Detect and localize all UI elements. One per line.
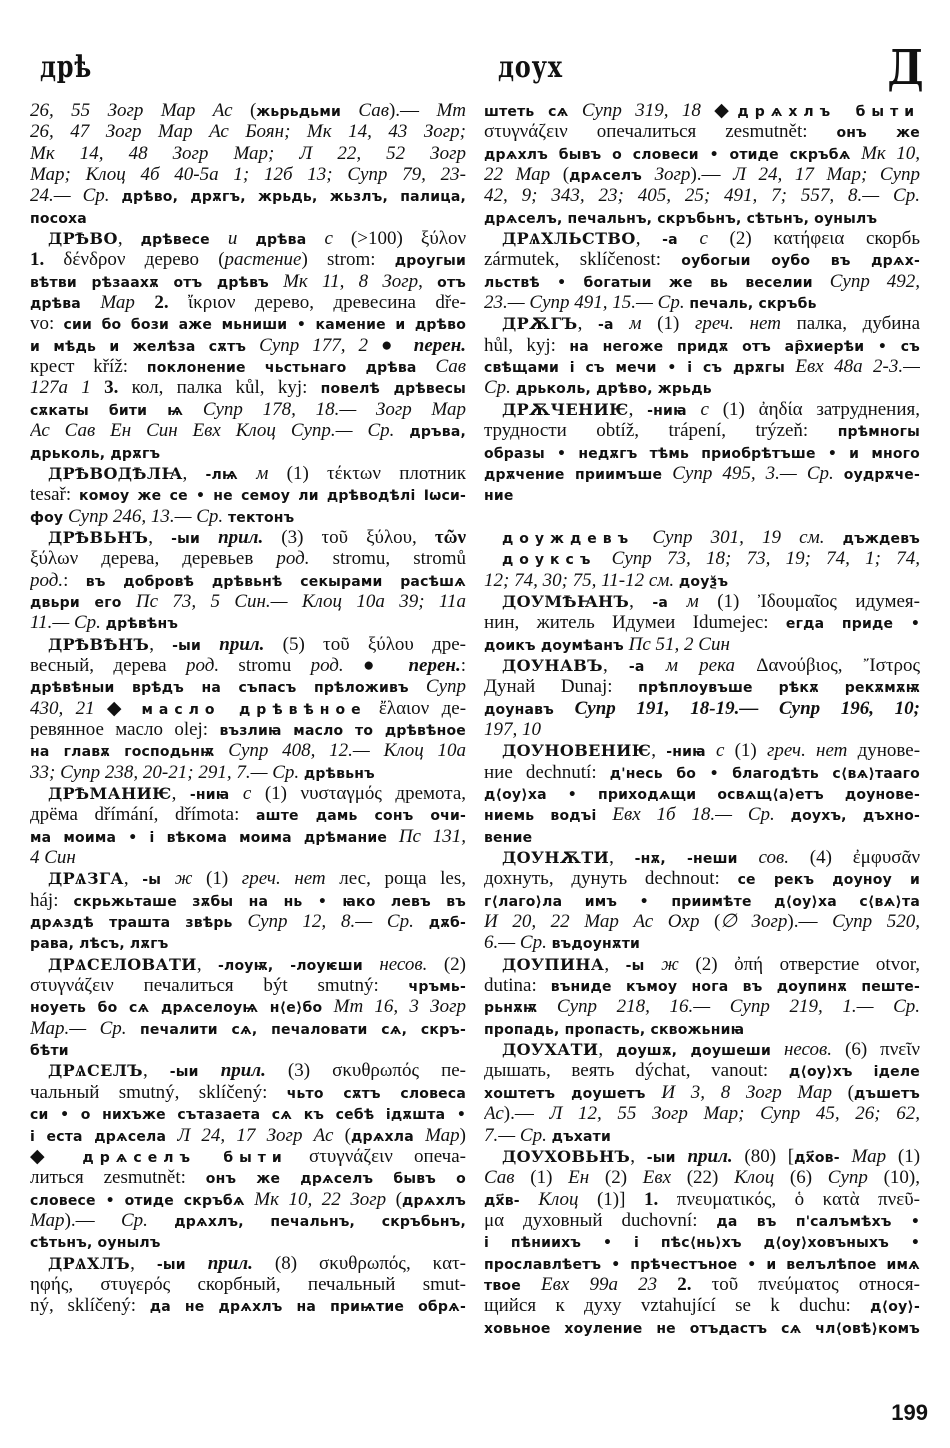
text-line: ДОУПИНА, -ы ж (2) ὀπή отверстие otvor, — [484, 954, 920, 975]
citation-or-label: Мар — [425, 1125, 460, 1146]
text-line: ние — [484, 484, 920, 505]
church-slavonic-text: възлиꙗ масло то дрѣвѣное — [219, 723, 466, 739]
citation-or-label: Супр 73, 18; 73, 19; 74, 1; 74, — [612, 548, 920, 569]
church-slavonic-text: доушѫ, доушеши — [616, 1043, 771, 1059]
entry-headword: ДРѢВѢНЪ — [48, 635, 149, 654]
text-line: д⟨оу⟩ха • приходѧщи освѧщ⟨а⟩етъ доунове- — [484, 783, 920, 804]
citation-or-label: м река — [666, 655, 735, 676]
citation-or-label: род. — [311, 655, 344, 676]
text-line: ДОУНОВЕНИѤ, -ниꙗ с (1) греч. нет дунове- — [484, 740, 920, 761]
citation-or-label: Мар — [100, 292, 135, 313]
text-line: 24.— Ср. дрѣво, дрѫгъ, жрьдь, жьзлъ, пал… — [30, 185, 466, 206]
text-line: 23.— Супр 491, 15.— Ср. печаль, скръбь — [484, 292, 920, 313]
church-slavonic-text: дрѣвесе — [141, 232, 210, 248]
church-slavonic-text: -а — [652, 595, 668, 611]
text-line: двьри его Пс 73, 5 Син.— Клоц 10а 39; 11… — [30, 591, 466, 612]
text-line: доикъ доумѣанъ Пс 51, 2 Син — [484, 634, 920, 655]
citation-or-label: Мт 16, 3 Зогр — [334, 996, 466, 1017]
citation-or-label: Ас Сав Ен Син Евх Клоц Супр.— Ср. — [30, 420, 394, 441]
text-line: рьнѫѭ Супр 218, 16.— Супр 219, 1.— Ср. — [484, 996, 920, 1017]
text-line: Ср. дрьколь, дрѣво, жрьдь — [484, 377, 920, 398]
church-slavonic-text: онъ же дрѧселъ бывъ о — [206, 1171, 466, 1187]
text-line: нин, житель Идумеи Idumejec: егда приде … — [484, 612, 920, 633]
left-column: 26, 55 Зогр Мар Ас (жьрьдьми Сав).— Мт26… — [30, 100, 466, 1317]
text-line: 33; Супр 238, 20-21; 291, 7.— Ср. дрѣвьн… — [30, 762, 466, 783]
text-line: ДРѪЧЕНИѤ, -ниꙗ с (1) ἀηδία затруднения, — [484, 399, 920, 420]
church-slavonic-text: дх҃в- — [484, 1193, 520, 1209]
entry-headword: ДОУНОВЕНИѤ — [502, 741, 651, 760]
church-slavonic-text: образы • недѫгъ тѣмь приобрѣтъше • и мно… — [484, 446, 920, 462]
page-number: 199 — [891, 1400, 928, 1426]
text-line: ДРѢВОДѢЛꙖ, -лѩ м (1) τέκτων плотник — [30, 463, 466, 484]
text-line: словесе • отиде скръбѧ Мк 10, 22 Зогр (д… — [30, 1189, 466, 1210]
church-slavonic-text: печаль, скръбь — [689, 296, 816, 312]
citation-or-label: сов. — [758, 847, 788, 868]
text-line: доунавъ Супр 191, 18-19.— Супр 196, 10; — [484, 698, 920, 719]
church-slavonic-text: на негоже придѫ отъ ар҄хиерѣи • съ — [569, 339, 920, 355]
church-slavonic-text: -лоуѭ, -лоуѥши — [218, 958, 363, 974]
church-slavonic-text: дрѣвѣныи врѣдъ на съпасъ прѣложивъ — [30, 680, 409, 696]
inline-text: 2. — [154, 292, 168, 313]
church-slavonic-text: бѣти — [30, 1043, 69, 1059]
church-slavonic-text: дх҃ов- — [794, 1150, 840, 1166]
entry-headword: ДРѢВЬНЪ — [48, 528, 148, 547]
citation-or-label: с — [700, 399, 708, 420]
text-line: прославлѣетъ • прѣчестъное • и велълѣпое… — [484, 1253, 920, 1274]
citation-or-label: Супр 319, 18 — [582, 100, 701, 121]
church-slavonic-text: -а — [662, 232, 678, 248]
church-slavonic-text: егда приде • — [786, 616, 920, 632]
text-line: ДОУХОВЬНЪ, -ыи прил. (80) [дх҃ов- Мар (1… — [484, 1146, 920, 1167]
citation-or-label: ∅ Зогр — [720, 911, 787, 932]
church-slavonic-text: дрѣва — [30, 296, 81, 312]
text-line: ДРѦХЛЪ, -ыи прил. (8) σκυθρωπός, κατ- — [30, 1253, 466, 1274]
text-line: дрѫчение приимъше Супр 495, 3.— Ср. оудр… — [484, 463, 920, 484]
entry-headword: ДРѪЧЕНИѤ — [502, 400, 629, 419]
text-line: Ас).— Л 12, 55 Зогр Мар; Супр 45, 26; 62… — [484, 1103, 920, 1124]
citation-or-label: ж — [175, 868, 193, 889]
church-slavonic-text: -ыи — [170, 1064, 199, 1080]
citation-or-label: м — [687, 591, 699, 612]
church-slavonic-text: твое — [484, 1278, 521, 1294]
church-slavonic-text: дрѧселъ быти — [82, 1150, 287, 1166]
church-slavonic-text: тектонъ — [228, 510, 294, 526]
citation-or-label: Л 24, 17 Зогр Ас — [177, 1125, 333, 1146]
entry-headword: ДОУХОВЬНЪ — [502, 1147, 630, 1166]
text-line: і пѣниихъ • і пѣс⟨нь⟩хъ д⟨оу⟩ховъныхъ • — [484, 1231, 920, 1252]
citation-or-label: греч. нет — [242, 868, 326, 889]
text-line: 11.— Ср. дрѣвѣнъ — [30, 612, 466, 633]
citation-or-label: 127а 1 — [30, 377, 91, 398]
citation-or-label: Супр — [828, 1167, 868, 1188]
text-line — [484, 506, 920, 527]
church-slavonic-text: жьрьдьми — [256, 104, 341, 120]
text-line: ДРѢВЬНЪ, -ыи прил. (3) τοῦ ξύλου, τῶν — [30, 527, 466, 548]
text-line: ДРѢМАНИѤ, -ниꙗ с (1) νυσταγμός дремота, — [30, 783, 466, 804]
text-line: vo: сии бо бози аже мьниши • камение и д… — [30, 313, 466, 334]
church-slavonic-text: доуксъ — [502, 552, 596, 568]
text-line: свѣщами і съ мечи • і съ дрѫгы Евх 48а 2… — [484, 356, 920, 377]
church-slavonic-text: и мѣдь и желѣза сѫтъ — [30, 339, 246, 355]
citation-or-label: Евх 1б 18.— Ср. — [612, 804, 774, 825]
citation-or-label: 6.— Ср. — [484, 932, 547, 953]
text-line: чальный smutný, sklíčený: чьто сѫтъ слов… — [30, 1082, 466, 1103]
citation-or-label: 7.— Ср. — [484, 1125, 547, 1146]
text-line: Мар.— Ср. печалити сѧ, печаловати сѧ, ск… — [30, 1018, 466, 1039]
citation-or-label: Евх 99а 23 — [541, 1274, 657, 1295]
church-slavonic-text: чръмь- — [409, 979, 466, 995]
section-letter: Д — [888, 40, 924, 96]
citation-or-label: 42, 9; 343, 23; 405, 25; 491, 7; 557, 8.… — [484, 185, 920, 206]
text-line: 197, 10 — [484, 719, 920, 740]
church-slavonic-text: дъшетъ — [854, 1086, 920, 1102]
church-slavonic-text: -лѩ — [206, 467, 238, 483]
citation-or-label: Мк 11, 8 Зогр — [283, 271, 418, 292]
church-slavonic-text: доухъ, дъхно- — [791, 808, 920, 824]
citation-or-label: греч. нет — [695, 313, 781, 334]
church-slavonic-text: -а — [629, 659, 645, 675]
church-slavonic-text: прѣплоувъше рѣкѫ рекѫмѫѭ — [638, 680, 920, 696]
church-slavonic-text: дрѣвѣнъ — [106, 616, 178, 632]
entry-headword: ДРѦХЛЬСТВО — [502, 229, 636, 248]
citation-or-label: 12; 74, 30; 75, 11-12 см. — [484, 570, 674, 591]
citation-or-label: Сав — [484, 1167, 515, 1188]
entry-headword: ДОУХАТИ — [502, 1040, 598, 1059]
text-line: 42, 9; 343, 23; 405, 25; 491, 7; 557, 8.… — [484, 185, 920, 206]
text-line: hůl, kyj: на негоже придѫ отъ ар҄хиерѣи … — [484, 335, 920, 356]
text-line: твое Евх 99а 23 2. τοῦ πνεύματος относя- — [484, 1274, 920, 1295]
citation-or-label: Ср. — [484, 377, 511, 398]
text-line: 22 Мар (дрѧселъ Зогр).— Л 24, 17 Мар; Су… — [484, 164, 920, 185]
church-slavonic-text: -нѫ, -неши — [635, 851, 738, 867]
church-slavonic-text: дрѣва — [255, 232, 306, 248]
citation-or-label: Супр 218, 16.— Супр 219, 1.— Ср. — [557, 996, 920, 1017]
text-line: крест kříž: поклонение чьстьнаго дрѣва С… — [30, 356, 466, 377]
church-slavonic-text: -ыи — [157, 1257, 186, 1273]
church-slavonic-text: дрѣвьнъ — [304, 766, 375, 782]
text-line: на главѫ господьнѭ Супр 408, 12.— Клоц 1… — [30, 740, 466, 761]
text-line: 7.— Ср. дъхати — [484, 1125, 920, 1146]
church-slavonic-text: г⟨лаго⟩ла имъ • приимѣте д⟨оу⟩ха с⟨вѧ⟩та — [484, 894, 920, 910]
text-line: ние dechnutí: д'несь бо • благодѣть с⟨вѧ… — [484, 762, 920, 783]
citation-or-label: Пс 51, 2 Син — [629, 634, 730, 655]
church-slavonic-text: сѫкаты бити ѩ — [30, 403, 183, 419]
citation-or-label: род. — [186, 655, 219, 676]
citation-or-label: Мк 14, 48 Зогр Мар; Л 22, 52 Зогр — [30, 143, 466, 164]
church-slavonic-text: дроугыи — [395, 253, 466, 269]
text-line: ма моима • і вѣкома моима дрѣмание Пс 13… — [30, 826, 466, 847]
text-line: дх҃в- Клоц (1)] 1. πνευματικός, ὁ κατὰ π… — [484, 1189, 920, 1210]
text-line: дрёма dřímání, dřímota: аште дамь сонъ о… — [30, 804, 466, 825]
citation-or-label: И 3, 8 Зогр Мар — [661, 1082, 832, 1103]
text-line: 26, 47 Зогр Мар Ас Боян; Мк 14, 43 Зогр; — [30, 121, 466, 142]
church-slavonic-text: дрѧселъ — [569, 168, 642, 184]
church-slavonic-text: фоу — [30, 510, 63, 526]
citation-or-label: Супр 520, — [832, 911, 920, 932]
text-line: ниемь водъі Евх 1б 18.— Ср. доухъ, дъхно… — [484, 804, 920, 825]
church-slavonic-text: д'несь бо • благодѣть с⟨вѧ⟩тааго — [610, 766, 920, 782]
church-slavonic-text: ниемь водъі — [484, 808, 597, 824]
text-line: 430, 21 ◆ масло дрѣвѣное ἔλαιον де- — [30, 698, 466, 719]
entry-headword: ДРѢВОДѢЛꙖ — [48, 464, 182, 483]
text-line: Дунай Dunaj: прѣплоувъше рѣкѫ рекѫмѫѭ — [484, 676, 920, 697]
citation-or-label: с — [699, 228, 707, 249]
text-line: dutina: въниде къмоу нога въ доупинѫ пеш… — [484, 975, 920, 996]
citation-or-label: с — [716, 740, 724, 761]
text-line: род.: въ добровѣ дрѣвьнѣ секырами расѣшѧ — [30, 570, 466, 591]
citation-or-label: 23.— Супр 491, 15.— Ср. — [484, 292, 685, 313]
text-line: 6.— Ср. въдоунѫти — [484, 932, 920, 953]
text-line: сѣтьнъ, оунылъ — [30, 1231, 466, 1252]
church-slavonic-text: дрьколь, дрѫгъ — [30, 446, 160, 462]
citation-or-label: Супр — [426, 676, 466, 697]
running-head: дрѣ доух Д — [0, 44, 950, 94]
text-line: 127а 1 3. кол, палка kůl, kyj: повелѣ др… — [30, 377, 466, 398]
text-line: ДРѦЗГА, -ы ж (1) греч. нет лес, роща les… — [30, 868, 466, 889]
running-head-center: доух — [498, 50, 563, 85]
inline-text: 1. — [644, 1189, 658, 1210]
church-slavonic-text: онъ же — [836, 125, 920, 141]
church-slavonic-text: льствѣ • богатыи же вь веселии — [484, 275, 813, 291]
church-slavonic-text: масло дрѣвѣное — [141, 702, 366, 718]
citation-or-label: Мар; Клоц 4б 40-5а 1; 12б 13; Супр 79, 2… — [30, 164, 466, 185]
church-slavonic-text: рьнѫѭ — [484, 1000, 537, 1016]
text-line: στυγνάζειν печалиться být smutný: чръмь- — [30, 975, 466, 996]
church-slavonic-text: -ниꙗ — [190, 787, 230, 803]
citation-or-label: 11.— Ср. — [30, 612, 101, 633]
citation-or-label: Супр 178, 18.— Зогр Мар — [203, 399, 466, 420]
church-slavonic-text: ноуеть бо сѧ дрѧселоуѩ н⟨е⟩бо — [30, 1000, 322, 1016]
inline-text: τῶν — [435, 527, 466, 548]
citation-or-label: Мк 10, — [861, 143, 920, 164]
text-line: 26, 55 Зогр Мар Ас (жьрьдьми Сав).— Мт — [30, 100, 466, 121]
citation-or-label: 24.— Ср. — [30, 185, 110, 206]
text-line: дрѧхлъ бывъ о словеси • отиде скръбѧ Мк … — [484, 143, 920, 164]
citation-or-label: несов. — [784, 1039, 832, 1060]
church-slavonic-text: свѣщами і съ мечи • і съ дрѫгы — [484, 360, 785, 376]
text-line: ДРѦСЕЛЪ, -ыи прил. (3) σκυθρωπός пе- — [30, 1060, 466, 1081]
citation-or-label: Л 24, 17 Мар; Супр — [733, 164, 920, 185]
entry-headword: ДОУМѢꙖНЪ — [502, 592, 629, 611]
text-line: 12; 74, 30; 75, 11-12 см. доуѯъ — [484, 570, 920, 591]
church-slavonic-text: дрѧхлъ — [402, 1193, 466, 1209]
church-slavonic-text: доуждевъ — [502, 531, 634, 547]
text-line: си • о нихъже сътазаета сѧ къ себѣ ідѫшт… — [30, 1103, 466, 1124]
text-line: zármutek, sklíčenost: оубогыи оубо въ др… — [484, 249, 920, 270]
citation-or-label: Мар — [30, 1210, 65, 1231]
church-slavonic-text: оубогыи оубо въ дрѧх- — [681, 253, 920, 269]
church-slavonic-text: -ы — [142, 872, 161, 888]
text-line: рава, лѣсъ, лѫгъ — [30, 932, 466, 953]
church-slavonic-text: дрѫчение приимъше — [484, 467, 662, 483]
text-line: дохнуть, дунуть dechnout: се рекъ доуноу… — [484, 868, 920, 889]
church-slavonic-text: да не дрѧхлъ на приѩтие обрѧ- — [150, 1299, 466, 1315]
church-slavonic-text: дрѣво, дрѫгъ, жрьдь, жьзлъ, палица, — [122, 189, 467, 205]
citation-or-label: Супр 246, 13.— Ср. — [68, 506, 223, 527]
text-line: tesař: комоу же се • не семоу ли дрѣводѣ… — [30, 484, 466, 505]
citation-or-label: Пс 131, — [399, 826, 466, 847]
inline-text: 3. — [104, 377, 118, 398]
entry-headword: ДРѦЗГА — [48, 869, 124, 888]
church-slavonic-text: -ыи — [647, 1150, 676, 1166]
citation-or-label: 197, 10 — [484, 719, 541, 740]
church-slavonic-text: доуѯъ — [679, 574, 728, 590]
entry-headword: ДРѪГЪ — [502, 314, 578, 333]
text-line: фоу Супр 246, 13.— Ср. тектонъ — [30, 506, 466, 527]
citation-or-label: прил. — [221, 1060, 266, 1081]
citation-or-label: прил. — [219, 634, 264, 655]
citation-or-label: растение — [225, 249, 302, 270]
citation-or-label: Зогр — [655, 164, 691, 185]
church-slavonic-text: чьто сѫтъ словеса — [287, 1086, 466, 1102]
citation-or-label: Мт — [436, 100, 466, 121]
citation-or-label: И 20, 22 Мар Ас Охр — [484, 911, 699, 932]
text-line: ηφής, στυγερός скорбный, печальный smut- — [30, 1274, 466, 1295]
text-line: льствѣ • богатыи же вь веселии Супр 492, — [484, 271, 920, 292]
text-line: вѣтви рѣзаахѫ отъ дрѣвъ Мк 11, 8 Зогр, о… — [30, 271, 466, 292]
church-slavonic-text: въдоунѫти — [552, 936, 640, 952]
text-line: ДОУХАТИ, доушѫ, доушеши несов. (6) πνεῖν — [484, 1039, 920, 1060]
church-slavonic-text: дрѧхла — [351, 1129, 414, 1145]
text-line: дрѧселъ, печальнъ, скръбьнъ, сѣтьнъ, оун… — [484, 207, 920, 228]
church-slavonic-text: дрьколь, дрѣво, жрьдь — [516, 381, 712, 397]
citation-or-label: м — [256, 463, 268, 484]
church-slavonic-text: оудрѫче- — [844, 467, 920, 483]
text-line: ДОУНѪТИ, -нѫ, -неши сов. (4) ἐμφυσᾶν — [484, 847, 920, 868]
church-slavonic-text: си • о нихъже сътазаета сѧ къ себѣ ідѫшт… — [30, 1107, 466, 1123]
church-slavonic-text: сѣтьнъ, оунылъ — [30, 1235, 161, 1251]
church-slavonic-text: печалити сѧ, печаловати сѧ, скръ- — [140, 1022, 466, 1038]
citation-or-label: Сав — [435, 356, 466, 377]
citation-or-label: 430, 21 — [30, 698, 95, 719]
text-line: ноуеть бо сѧ дрѧселоуѩ н⟨е⟩бо Мт 16, 3 З… — [30, 996, 466, 1017]
text-line: дрѣвѣныи врѣдъ на съпасъ прѣложивъ Супр — [30, 676, 466, 697]
text-line: литься zesmutnět: онъ же дрѧселъ бывъ о — [30, 1167, 466, 1188]
citation-or-label: перен. — [414, 335, 466, 356]
text-line: ný, sklíčený: да не дрѧхлъ на приѩтие об… — [30, 1295, 466, 1316]
citation-or-label: Евх 48а 2-3.— — [795, 356, 920, 377]
entry-headword: ДРѢВО — [48, 229, 118, 248]
citation-or-label: Супр 408, 12.— Клоц 10а — [228, 740, 466, 761]
text-line: и мѣдь и желѣза сѫтъ Супр 177, 2 ● перен… — [30, 335, 466, 356]
text-line: весный, дерева род. stromu род. ● перен.… — [30, 655, 466, 676]
citation-or-label: Супр 191, 18-19.— Супр 196, 10; — [575, 698, 920, 719]
text-line: дрьколь, дрѫгъ — [30, 442, 466, 463]
citation-or-label: Супр 492, — [830, 271, 920, 292]
text-line: ДРѦСЕЛОВАТИ, -лоуѭ, -лоуѥши несов. (2) — [30, 954, 466, 975]
church-slavonic-text: прославлѣетъ • прѣчестъное • и велълѣпое… — [484, 1257, 920, 1273]
citation-or-label: м — [629, 313, 641, 334]
church-slavonic-text: дѫб- — [429, 915, 466, 931]
church-slavonic-text: словесе • отиде скръбѧ — [30, 1193, 245, 1209]
citation-or-label: и — [228, 228, 238, 249]
church-slavonic-text: въниде къмоу нога въ доупинѫ пеште- — [551, 979, 920, 995]
church-slavonic-text: -а — [598, 317, 614, 333]
citation-or-label: ж — [661, 954, 679, 975]
text-line: вение — [484, 826, 920, 847]
entry-headword: ДРѦСЕЛОВАТИ — [48, 955, 197, 974]
church-slavonic-text: д⟨оу⟩ха • приходѧщи освѧщ⟨а⟩етъ доунове- — [484, 787, 920, 803]
church-slavonic-text: -ы — [626, 958, 645, 974]
text-line: штеть сѧ Супр 319, 18 ◆дрѧхлъ быти — [484, 100, 920, 121]
text-line: Сав (1) Ен (2) Евх (22) Клоц (6) Супр (1… — [484, 1167, 920, 1188]
church-slavonic-text: дрѧхлъ, печальнъ, скръбьнъ, — [174, 1214, 466, 1230]
citation-or-label: прил. — [218, 527, 263, 548]
text-line: хоштетъ доушетъ И 3, 8 Зогр Мар (дъшетъ — [484, 1082, 920, 1103]
church-slavonic-text: доикъ доумѣанъ — [484, 638, 624, 654]
church-slavonic-text: -ыи — [172, 638, 201, 654]
church-slavonic-text: і еста дрѧсела — [30, 1129, 166, 1145]
church-slavonic-text: -ниꙗ — [647, 403, 687, 419]
church-slavonic-text: вѣтви рѣзаахѫ отъ дрѣвъ — [30, 275, 269, 291]
church-slavonic-text: да въ п'салъмѣхъ • — [716, 1214, 920, 1230]
church-slavonic-text: штеть сѧ — [484, 104, 568, 120]
church-slavonic-text: сии бо бози аже мьниши • камение и дрѣво — [64, 317, 466, 333]
text-line: И 20, 22 Мар Ас Охр (∅ Зогр).— Супр 520, — [484, 911, 920, 932]
text-line: ховьное хоуление не отъдастъ сѧ чл⟨овѣ⟩к… — [484, 1317, 920, 1338]
church-slavonic-text: дрѧселъ, печальнъ, скръбьнъ, сѣтьнъ, оун… — [484, 211, 877, 227]
text-line: доуждевъ Супр 301, 19 см. дъждевъ — [484, 527, 920, 548]
church-slavonic-text: хоштетъ доушетъ — [484, 1086, 646, 1102]
text-line: ◆ дрѧселъ быти στυγνάζειν опеча- — [30, 1146, 466, 1167]
citation-or-label: с — [243, 783, 251, 804]
church-slavonic-text: прѣмногы — [838, 424, 920, 440]
church-slavonic-text: ма моима • і вѣкома моима дрѣмание — [30, 830, 387, 846]
church-slavonic-text: посоха — [30, 211, 87, 227]
citation-or-label: 26, 55 Зогр Мар Ас — [30, 100, 233, 121]
text-line: г⟨лаго⟩ла имъ • приимѣте д⟨оу⟩ха с⟨вѧ⟩та — [484, 890, 920, 911]
text-line: і еста дрѧсела Л 24, 17 Зогр Ас (дрѧхла … — [30, 1125, 466, 1146]
church-slavonic-text: въ добровѣ дрѣвьнѣ секырами расѣшѧ — [86, 574, 466, 590]
text-line: ξύλων дерева, деревьев род. stromu, stro… — [30, 548, 466, 569]
text-line: Мк 14, 48 Зогр Мар; Л 22, 52 Зогр — [30, 143, 466, 164]
church-slavonic-text: се рекъ доуноу и — [738, 872, 920, 888]
entry-headword: ДРѢМАНИѤ — [48, 784, 172, 803]
church-slavonic-text: -ыи — [171, 531, 200, 547]
entry-headword: ДОУНАВЪ — [502, 656, 603, 675]
citation-or-label: Мк 10, 22 Зогр — [254, 1189, 386, 1210]
text-line: ДОУНАВЪ, -а м река Δανούβιος, Ἴστρος — [484, 655, 920, 676]
church-slavonic-text: дрѧхлъ быти — [737, 104, 920, 120]
church-slavonic-text: отъ — [437, 275, 466, 291]
text-line: ДРѪГЪ, -а м (1) греч. нет палка, дубина — [484, 313, 920, 334]
citation-or-label: прил. — [687, 1146, 732, 1167]
inline-text: 1. — [30, 249, 44, 270]
citation-or-label: с — [324, 228, 332, 249]
text-line: μα духовный duchovní: да въ п'салъмѣхъ • — [484, 1210, 920, 1231]
text-line: дрѧздѣ трашта звѣрь Супр 12, 8.— Ср. дѫб… — [30, 911, 466, 932]
text-line: дрѣва Мар 2. ἴκριον дерево, древесина dř… — [30, 292, 466, 313]
text-line: Ас Сав Ен Син Евх Клоц Супр.— Ср. дръва, — [30, 420, 466, 441]
text-line: щийся к духу vztahující se k duchu: д⟨оу… — [484, 1295, 920, 1316]
church-slavonic-text: пропадь, пропасть, сквожьниꙗ — [484, 1022, 744, 1038]
church-slavonic-text: -ниꙗ — [666, 744, 706, 760]
citation-or-label: Мар — [852, 1146, 887, 1167]
citation-or-label: 26, 47 Зогр Мар Ас Боян; Мк 14, 43 Зогр; — [30, 121, 466, 142]
church-slavonic-text: ховьное хоуление не отъдастъ сѧ чл⟨овѣ⟩к… — [484, 1321, 920, 1337]
text-line: дышать, веять dýchat, vanout: д⟨оу⟩хъ ід… — [484, 1060, 920, 1081]
citation-or-label: Клоц — [538, 1189, 578, 1210]
right-column: штеть сѧ Супр 319, 18 ◆дрѧхлъ бытиστυγνά… — [484, 100, 920, 1338]
citation-or-label: Супр 177, 2 — [259, 335, 368, 356]
church-slavonic-text: доунавъ — [484, 702, 554, 718]
church-slavonic-text: д⟨оу⟩хъ іделе — [789, 1064, 920, 1080]
text-line: ДОУМѢꙖНЪ, -а м (1) Ἰδουμαῖος идумея- — [484, 591, 920, 612]
church-slavonic-text: дъждевъ — [843, 531, 920, 547]
church-slavonic-text: дъхати — [552, 1129, 611, 1145]
entry-headword: ДРѦСЕЛЪ — [48, 1061, 143, 1080]
citation-or-label: несов. — [379, 954, 427, 975]
